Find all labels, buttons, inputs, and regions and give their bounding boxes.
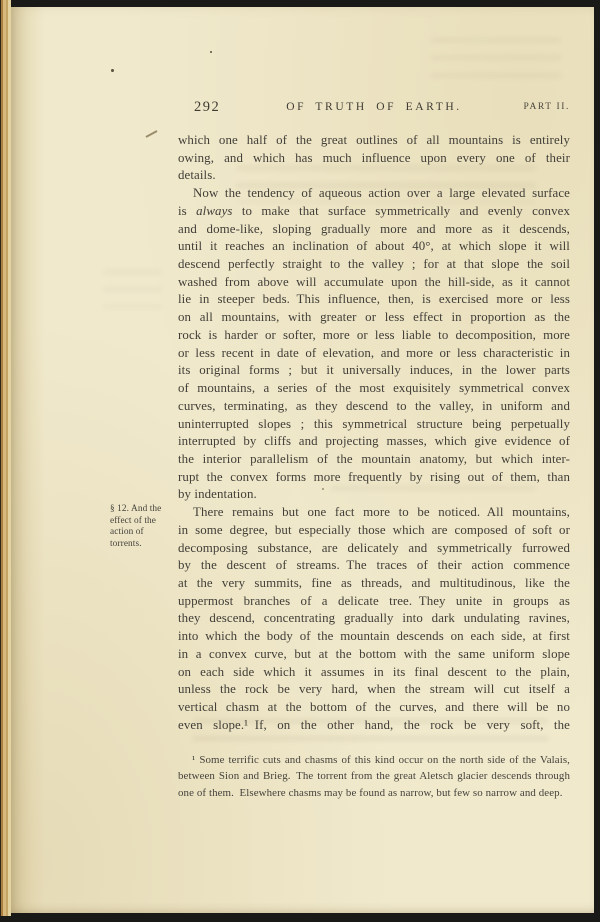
- text-line: lie in steeper beds. This influence, the…: [178, 291, 570, 309]
- margin-note-line: action of: [110, 527, 174, 539]
- paper-scratch: [145, 130, 157, 138]
- text-line: and dome-like, sloping gradually more an…: [178, 221, 570, 239]
- italic-word: always: [196, 204, 232, 218]
- text-line: decomposing substance, are delicately an…: [178, 540, 570, 558]
- footnote-line: ¹ Some terrific cuts and chasms of this …: [178, 752, 570, 768]
- page-paper: 292 OF TRUTH OF EARTH. PART II. § 12. An…: [11, 7, 594, 913]
- text-line: details.: [178, 167, 570, 185]
- part-label: PART II.: [523, 102, 570, 112]
- text-line: the interior parallelism of the mountain…: [178, 451, 570, 469]
- footnote: ¹ Some terrific cuts and chasms of this …: [178, 752, 570, 801]
- text-segment: to make that surface symmetrically and e…: [233, 204, 570, 218]
- text-line: in some degree, but especially those whi…: [178, 522, 570, 540]
- text-line: washed from above will accumulate upon t…: [178, 274, 570, 292]
- text-line: owing, and which has much influence upon…: [178, 150, 570, 168]
- ghost-text-smudge: [431, 37, 561, 89]
- text-line: at the very summits, fine as threads, an…: [178, 575, 570, 593]
- text-line: uninterrupted slopes ; this symmetrical …: [178, 416, 570, 434]
- scanned-book-page: 292 OF TRUTH OF EARTH. PART II. § 12. An…: [0, 0, 600, 922]
- body-text-column: which one half of the great outlines of …: [178, 132, 570, 734]
- ghost-text-smudge: [103, 269, 163, 309]
- text-line: There remains but one fact more to be no…: [178, 504, 570, 522]
- text-line: in a convex curve, but at the bottom wit…: [178, 646, 570, 664]
- text-line: Now the tendency of aqueous action over …: [178, 185, 570, 203]
- footnote-line: between Sion and Brieg. The torrent from…: [178, 768, 570, 784]
- text-line: vertical chasm at the bottom of the curv…: [178, 699, 570, 717]
- text-line: by indentation.: [178, 486, 570, 504]
- text-line: until it reaches an inclination of about…: [178, 238, 570, 256]
- text-line: on all mountains, with greater or less e…: [178, 309, 570, 327]
- text-line: interrupted by cliffs and projecting mas…: [178, 433, 570, 451]
- text-line: which one half of the great outlines of …: [178, 132, 570, 150]
- text-line: curves, terminating, as they descend to …: [178, 398, 570, 416]
- text-line: or less recent in date of elevation, and…: [178, 345, 570, 363]
- dust-speck: [210, 51, 212, 53]
- text-line-with-italic: is always to make that surface symmetric…: [178, 203, 570, 221]
- margin-note-line: torrents.: [110, 539, 174, 551]
- text-line: descend perfectly straight to the valley…: [178, 256, 570, 274]
- text-line: of mountains, a series of the most exqui…: [178, 380, 570, 398]
- margin-note-line: § 12. And the: [110, 504, 174, 516]
- margin-note-line: effect of the: [110, 516, 174, 528]
- text-line: they descend, concentrating gradually in…: [178, 610, 570, 628]
- text-line: unless the rock be very hard, when the s…: [178, 681, 570, 699]
- text-line: into which the body of the mountain desc…: [178, 628, 570, 646]
- margin-note-section-12: § 12. And the effect of the action of to…: [110, 504, 174, 551]
- book-gutter-edge: [0, 0, 11, 916]
- text-line: uppermost branches of a delicate tree. T…: [178, 593, 570, 611]
- text-segment: is: [178, 204, 196, 218]
- running-title: OF TRUTH OF EARTH.: [178, 101, 570, 113]
- text-line: by the descent of streams. The traces of…: [178, 557, 570, 575]
- text-line: rock is harder or softer, more or less l…: [178, 327, 570, 345]
- page-header: 292 OF TRUTH OF EARTH. PART II.: [178, 99, 570, 116]
- footnote-line: one of them. Elsewhere chasms may be fou…: [178, 785, 570, 801]
- text-line: its original forms ; but it universally …: [178, 362, 570, 380]
- text-line: on each side which it assumes in its fin…: [178, 664, 570, 682]
- text-line: rupt the convex forms more frequently by…: [178, 469, 570, 487]
- text-line: even slope.¹ If, on the other hand, the …: [178, 717, 570, 735]
- dust-speck: [111, 69, 114, 72]
